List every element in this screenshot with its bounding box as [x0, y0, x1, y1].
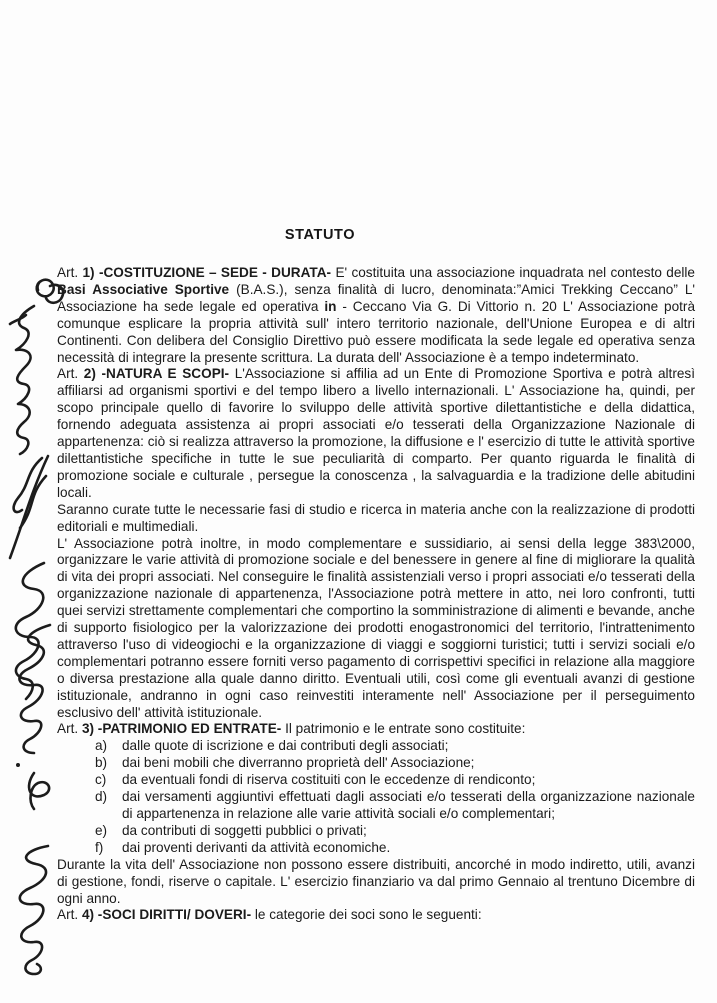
list-item-text: da eventuali fondi di riserva costituiti… [122, 772, 695, 789]
handwritten-signature-5-icon [8, 840, 60, 985]
list-item-text: dai beni mobili che diverranno proprietà… [122, 755, 695, 772]
handwritten-signature-3-icon [0, 555, 55, 705]
list-marker: b) [95, 755, 122, 772]
article-1: Art. 1) -COSTITUZIONE – SEDE - DURATA- E… [57, 265, 695, 366]
paragraph-studio-ricerca: Saranno curate tutte le necessarie fasi … [57, 502, 695, 536]
text-run: Saranno curate tutte le necessarie fasi … [57, 502, 695, 534]
list-item-text: dai versamenti aggiuntivi effettuati dag… [122, 789, 695, 823]
list-item-f: f)dai proventi derivanti da attività eco… [57, 840, 695, 857]
list-marker: d) [95, 789, 122, 823]
text-run: Art. [57, 907, 82, 922]
text-run: L' Associazione potrà inoltre, in modo c… [57, 536, 695, 720]
text-run: Art. [57, 721, 82, 736]
text-run: Art. [57, 366, 84, 381]
text-run: L'Associazione si affilia ad un Ente di … [57, 366, 695, 499]
list-item-b: b)dai beni mobili che diverranno proprie… [57, 755, 695, 772]
text-run: E' costituita una associazione inquadrat… [335, 265, 695, 280]
handwritten-signature-4-icon [0, 615, 62, 835]
list-marker: c) [95, 772, 122, 789]
bold-text-run: Basi Associative Sportive [57, 282, 236, 297]
article-4: Art. 4) -SOCI DIRITTI/ DOVERI- le catego… [57, 907, 695, 924]
paragraph-esercizio-finanziario: Durante la vita dell' Associazione non p… [57, 857, 695, 908]
list-item-d: d)dai versamenti aggiuntivi effettuati d… [57, 789, 695, 823]
list-item-c: c)da eventuali fondi di riserva costitui… [57, 772, 695, 789]
bold-text-run: 3) -PATRIMONIO ED ENTRATE- [82, 721, 285, 736]
list-marker: e) [95, 823, 122, 840]
document-body: Art. 1) -COSTITUZIONE – SEDE - DURATA- E… [57, 265, 695, 924]
scanned-document-page: STATUTO Art. 1) -COSTITUZIONE – SEDE - D… [0, 0, 717, 1003]
list-item-a: a)dalle quote di iscrizione e dai contri… [57, 738, 695, 755]
list-item-text: dai proventi derivanti da attività econo… [122, 840, 695, 857]
text-run: Durante la vita dell' Associazione non p… [57, 857, 695, 906]
text-run: le categorie dei soci sono le seguenti: [255, 907, 482, 922]
paragraph-attivita-complementari: L' Associazione potrà inoltre, in modo c… [57, 536, 695, 722]
bold-text-run: 2) -NATURA E SCOPI- [84, 366, 235, 381]
list-item-e: e)da contributi di soggetti pubblici o p… [57, 823, 695, 840]
bold-text-run: in [324, 299, 342, 314]
bold-text-run: 4) -SOCI DIRITTI/ DOVERI- [82, 907, 255, 922]
text-run: Art. [57, 265, 83, 280]
bold-text-run: 1) -COSTITUZIONE – SEDE - DURATA- [83, 265, 336, 280]
list-item-text: dalle quote di iscrizione e dai contribu… [122, 738, 695, 755]
list-marker: a) [95, 738, 122, 755]
handwritten-signature-2-icon [2, 450, 50, 565]
list-marker: f) [95, 840, 122, 857]
document-title: STATUTO [0, 227, 640, 243]
text-run: Il patrimonio e le entrate sono costitui… [285, 721, 525, 736]
article-3: Art. 3) -PATRIMONIO ED ENTRATE- Il patri… [57, 721, 695, 738]
article-2: Art. 2) -NATURA E SCOPI- L'Associazione … [57, 366, 695, 501]
list-item-text: da contributi di soggetti pubblici o pri… [122, 823, 695, 840]
